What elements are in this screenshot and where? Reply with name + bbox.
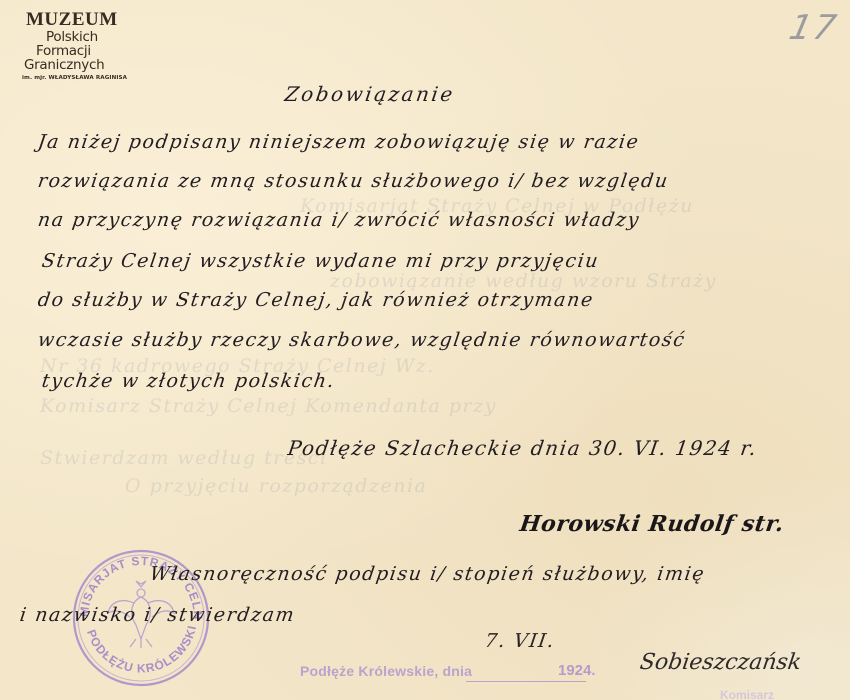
signature: Horowski Rudolf str. (518, 511, 786, 537)
document-page: MUZEUM Polskich Formacji Granicznych im.… (0, 0, 850, 700)
museum-logo: MUZEUM Polskich Formacji Granicznych im.… (22, 10, 172, 81)
body-line-4: Straży Celnej wszystkie wydane mi przy p… (40, 250, 600, 272)
place-and-date: Podłęże Szlacheckie dnia 30. VI. 1924 r. (286, 436, 759, 460)
stamp-year: 1924. (558, 662, 596, 679)
certification-line-2: i nazwisko i/ stwierdzam (18, 604, 296, 626)
logo-line-5: im. mjr. WŁADYSŁAWA RAGINISA (22, 75, 172, 81)
body-line-6: wczasie służby rzeczy skarbowe, względni… (36, 329, 687, 351)
body-line-7: tychże w złotych polskich. (40, 370, 336, 392)
stamp-date-handwritten: 7. VII. (483, 630, 556, 652)
logo-line-1: MUZEUM (26, 10, 172, 30)
logo-line-4: Granicznych (24, 58, 172, 72)
place-stamp: Podłęże Królewskie, dnia (300, 663, 472, 679)
certification-line-1: Własnoręczność podpisu i/ stopień służbo… (148, 563, 706, 585)
bleed-through-text: O przyjęciu rozporządzenia (125, 475, 427, 497)
body-line-1: Ja niżej podpisany niniejszem zobowiązuj… (36, 131, 641, 153)
logo-line-2: Polskich (46, 30, 172, 44)
body-line-2: rozwiązania ze mną stosunku służbowego i… (36, 170, 670, 192)
bleed-through-text: Komisarz Straży Celnej Komendanta przy (40, 395, 497, 417)
document-title: Zobowiązanie (283, 82, 456, 106)
body-line-3: na przyczynę rozwiązania i/ zwrócić włas… (36, 209, 641, 231)
bleed-through-text: Stwierdzam według treści (40, 447, 328, 469)
body-line-5: do służby w Straży Celnej, jak również o… (36, 289, 595, 311)
stamp-date-underline (466, 681, 586, 682)
logo-line-3: Formacji (36, 44, 172, 58)
commandant-signature: Sobieszczańsk (638, 650, 803, 675)
pencil-page-number: 17 (786, 8, 842, 48)
commandant-title-stamp: Komisarz (720, 688, 774, 700)
